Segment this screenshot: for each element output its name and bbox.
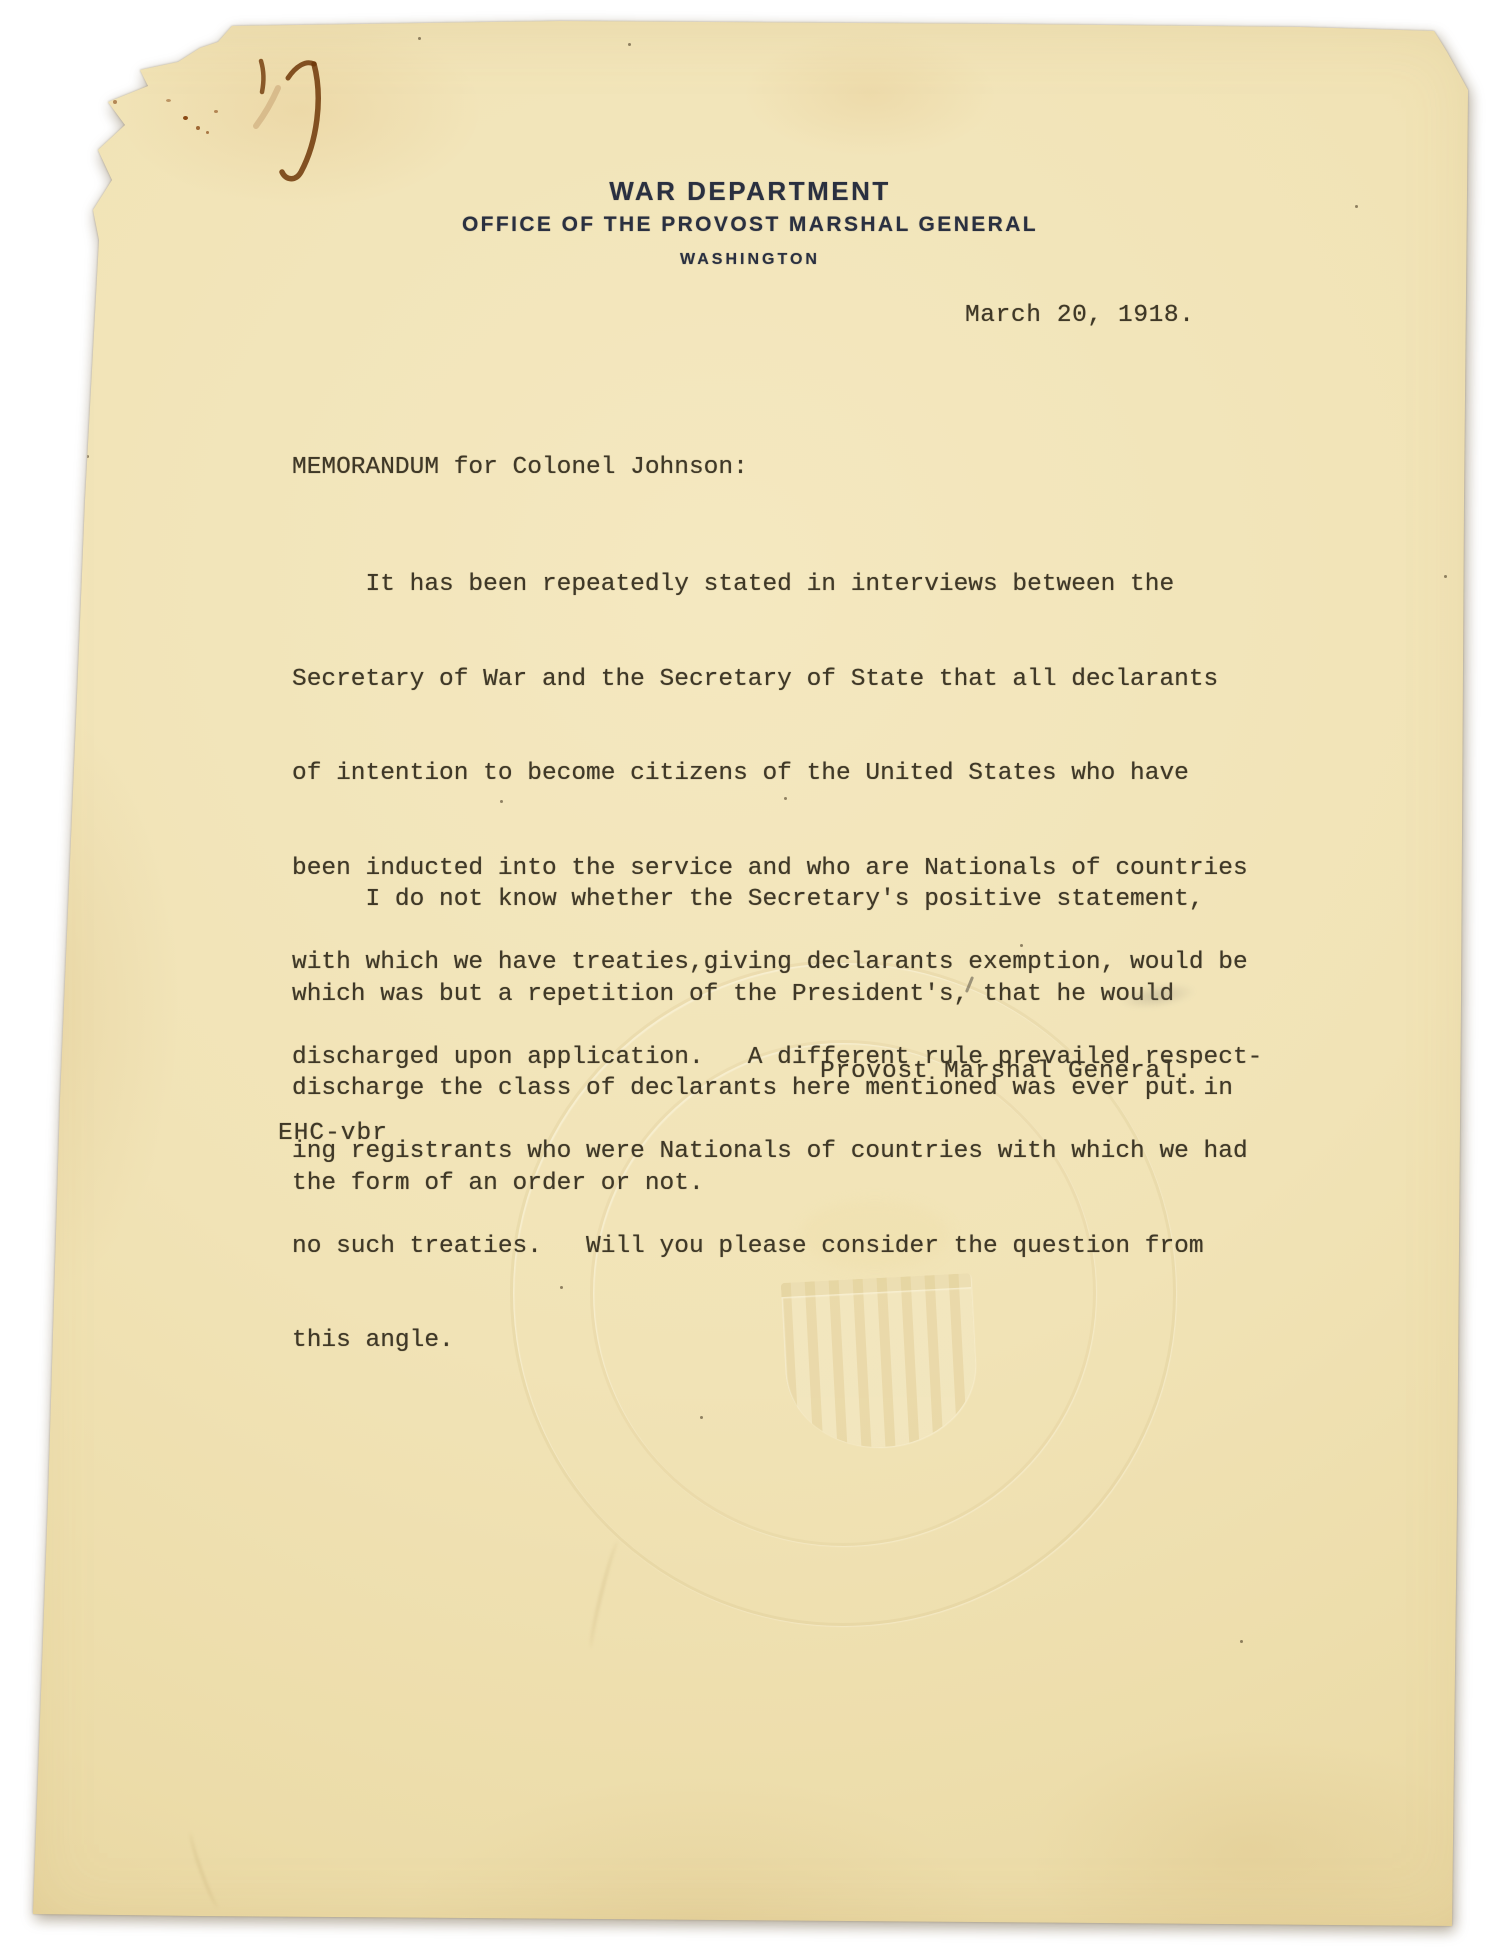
typed-line: the form of an order or not.: [292, 1168, 1233, 1200]
letterhead-department: WAR DEPARTMENT: [0, 176, 1500, 207]
handwritten-rust-mark: [248, 48, 358, 198]
paper-speck: [1240, 1640, 1243, 1643]
paper-speck: [560, 1286, 563, 1289]
paper-speck: [628, 43, 631, 46]
paper-shadow-wrapper: WAR DEPARTMENT OFFICE OF THE PROVOST MAR…: [0, 0, 1500, 1952]
typist-initials: EHC-vbr: [278, 1118, 388, 1150]
paper-crease: [187, 1831, 224, 1910]
typed-line: of intention to become citizens of the U…: [292, 758, 1262, 790]
rust-speck: [214, 110, 218, 113]
paper-speck: [784, 797, 787, 800]
paper-speck: [418, 37, 421, 40]
scanned-document: WAR DEPARTMENT OFFICE OF THE PROVOST MAR…: [0, 0, 1500, 1952]
memo-paper: WAR DEPARTMENT OFFICE OF THE PROVOST MAR…: [0, 0, 1500, 1952]
paper-speck: [1020, 944, 1023, 947]
paper-speck: [1355, 205, 1358, 208]
date-line: March 20, 1918.: [965, 300, 1195, 332]
paper-speck: [700, 1416, 703, 1419]
rust-speck: [206, 131, 209, 134]
typed-line: It has been repeatedly stated in intervi…: [292, 569, 1262, 601]
paper-speck: [1444, 575, 1447, 578]
paper-speck: [500, 800, 503, 803]
body-paragraph-2: I do not know whether the Secretary's po…: [292, 821, 1233, 1262]
rust-speck: [113, 100, 117, 104]
rust-speck: [166, 99, 171, 102]
letterhead-office: OFFICE OF THE PROVOST MARSHAL GENERAL: [0, 213, 1500, 237]
typed-line: which was but a repetition of the Presid…: [292, 979, 1233, 1011]
typed-line: I do not know whether the Secretary's po…: [292, 884, 1233, 916]
rust-speck: [196, 126, 200, 130]
rust-speck: [183, 116, 188, 120]
letterhead-city: WASHINGTON: [0, 251, 1500, 269]
memo-salutation: MEMORANDUM for Colonel Johnson:: [292, 452, 748, 484]
signature-title: Provost Marshal General.: [820, 1056, 1192, 1088]
paper-speck: [86, 455, 89, 458]
paper-crease: [587, 1540, 623, 1649]
typed-line: Secretary of War and the Secretary of St…: [292, 664, 1262, 696]
typed-line: this angle.: [292, 1325, 1262, 1357]
paper-speck: [1190, 1090, 1194, 1094]
